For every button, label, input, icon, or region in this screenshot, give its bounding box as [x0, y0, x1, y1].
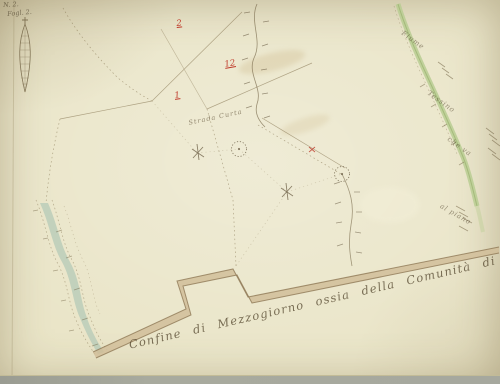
- stream-path: [33, 200, 107, 356]
- compass-rose: [20, 17, 31, 92]
- ravine-hatching: [334, 182, 362, 253]
- parcel-number-red: 12: [224, 59, 236, 69]
- parcel-number-red: 2: [176, 19, 182, 28]
- scan-edge-strip: [0, 375, 500, 384]
- road-path: [93, 247, 499, 358]
- river-bank-hatching: [420, 84, 464, 165]
- mid-ravine: [334, 174, 362, 266]
- map-drawing: [0, 0, 500, 384]
- scrub-hatching: [438, 62, 500, 231]
- paper-crease: [12, 0, 14, 384]
- parcel-lines: [46, 8, 345, 266]
- map-canvas: N. 2. Fogl. 2. Strada Curta Fiume Tessin…: [0, 0, 500, 384]
- parcel-number-red: 1: [174, 91, 181, 100]
- tree-symbol: [232, 142, 350, 182]
